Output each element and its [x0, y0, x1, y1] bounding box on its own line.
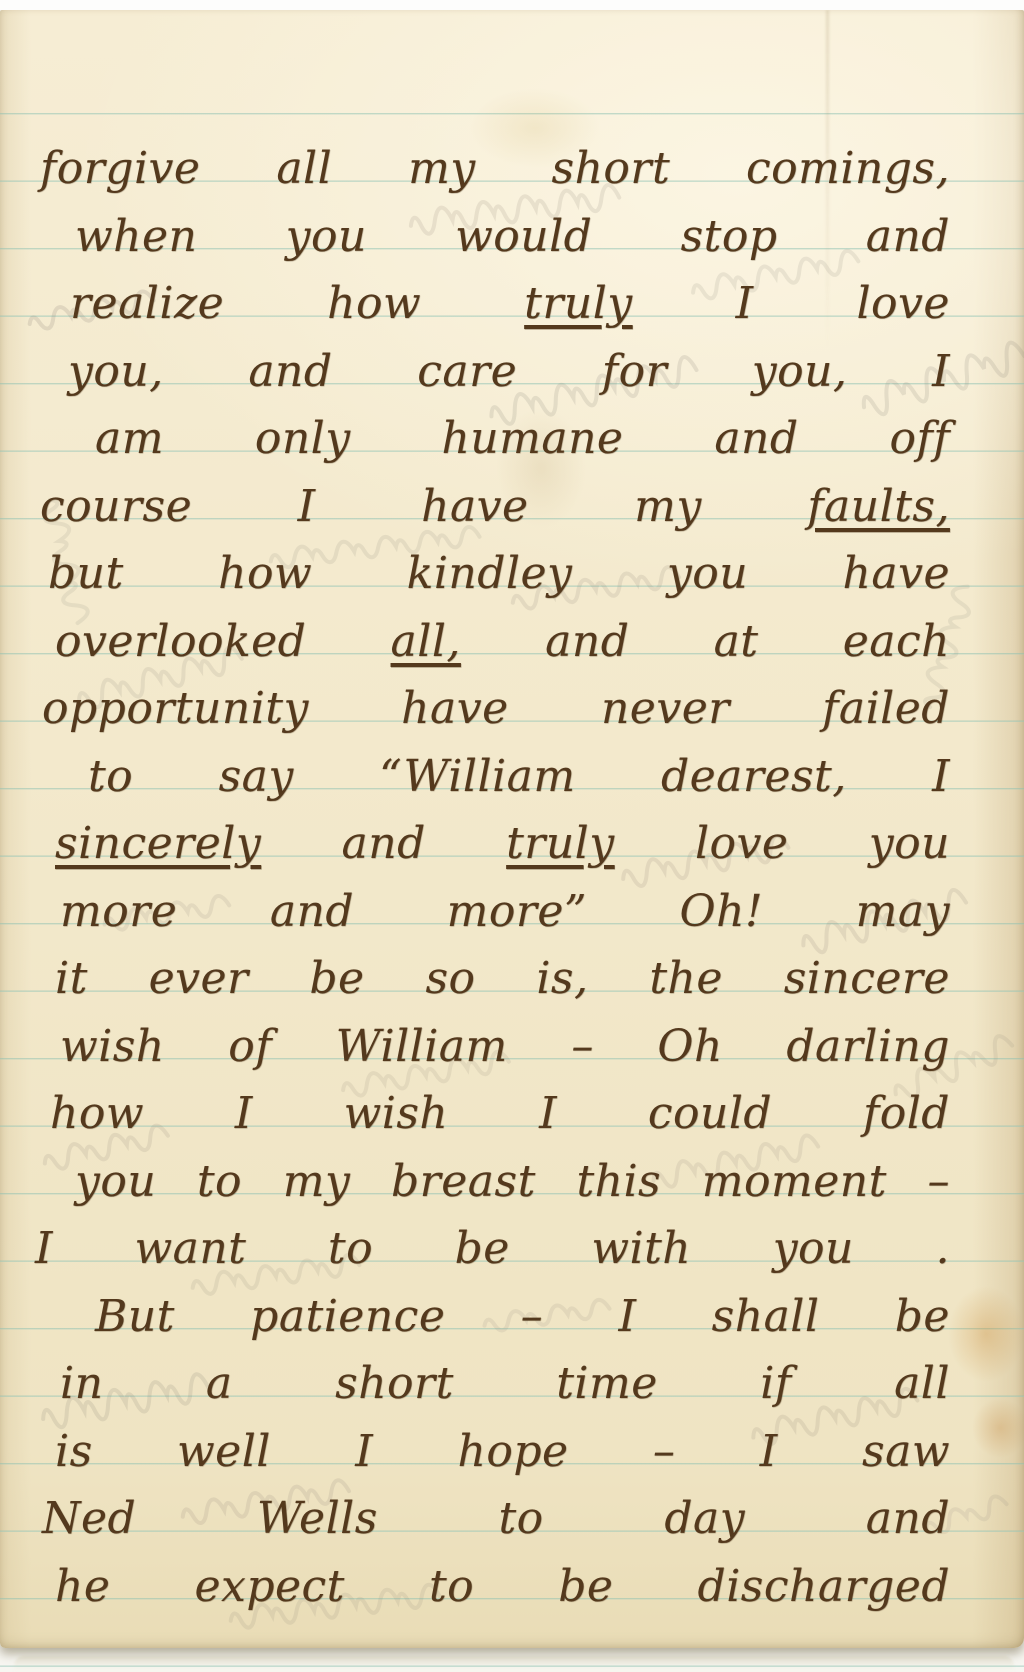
letter-line: forgive all my short comings,: [40, 138, 950, 200]
word: it: [55, 953, 88, 1004]
letter-line: more and more” Oh! may: [60, 881, 950, 943]
word: wish: [60, 1021, 165, 1072]
word: have: [401, 683, 508, 734]
word: truly: [506, 818, 614, 869]
word: for: [602, 346, 667, 397]
word: to: [429, 1561, 474, 1612]
word: Oh: [657, 1021, 722, 1072]
scan-border: [0, 0, 1024, 10]
word: breast: [391, 1156, 536, 1207]
letter-line: Ned Wells to day and: [42, 1488, 950, 1550]
word: to: [197, 1156, 242, 1207]
word: short: [335, 1358, 454, 1409]
word: care: [417, 346, 517, 397]
word: how: [327, 278, 421, 329]
word: “William: [379, 751, 575, 802]
word: am: [95, 413, 164, 464]
word: and: [866, 211, 950, 262]
word: course: [40, 481, 192, 532]
letter-line: you, and care for you, I: [68, 341, 950, 403]
word: be: [309, 953, 364, 1004]
letter-line: when you would stop and: [75, 206, 950, 268]
word: I: [932, 751, 950, 802]
word: and: [342, 818, 426, 869]
word: dearest,: [661, 751, 847, 802]
word: ever: [149, 953, 249, 1004]
word: –: [927, 1156, 950, 1207]
word: overlooked: [55, 616, 306, 667]
word: could: [648, 1088, 772, 1139]
letter-line: to say “William dearest, I: [88, 746, 950, 808]
word: I: [539, 1088, 557, 1139]
word: be: [455, 1223, 510, 1274]
word: But: [95, 1291, 175, 1342]
word: hope: [457, 1426, 568, 1477]
word: shall: [712, 1291, 820, 1342]
word: saw: [862, 1426, 950, 1477]
word: I: [355, 1426, 373, 1477]
word: love: [856, 278, 949, 329]
word: I: [35, 1223, 53, 1274]
word: William: [336, 1021, 508, 1072]
letter-line: in a short time if all: [60, 1353, 950, 1415]
word: I: [760, 1426, 778, 1477]
word: when: [75, 211, 197, 262]
word: time: [556, 1358, 658, 1409]
word: kindley: [407, 548, 573, 599]
word: my: [408, 143, 476, 194]
word: a: [206, 1358, 233, 1409]
word: to: [328, 1223, 373, 1274]
word: you: [773, 1223, 854, 1274]
word: I: [618, 1291, 636, 1342]
word: you: [286, 211, 367, 262]
word: the: [649, 953, 723, 1004]
word: at: [714, 616, 759, 667]
word: I: [932, 346, 950, 397]
word: I: [235, 1088, 253, 1139]
word: if: [760, 1358, 791, 1409]
word: with: [591, 1223, 691, 1274]
word: of: [228, 1021, 272, 1072]
word: never: [601, 683, 730, 734]
word: each: [843, 616, 950, 667]
word: short: [552, 143, 671, 194]
word: –: [653, 1426, 676, 1477]
word: sincere: [784, 953, 950, 1004]
word: opportunity: [42, 683, 309, 734]
word: to: [88, 751, 133, 802]
word: and: [714, 413, 798, 464]
word: moment: [702, 1156, 887, 1207]
word: more”: [447, 886, 587, 937]
word: failed: [822, 683, 950, 734]
word: .: [935, 1223, 950, 1274]
letter-line: course I have my faults,: [40, 476, 950, 538]
word: Ned: [42, 1493, 136, 1544]
word: humane: [441, 413, 623, 464]
word: all,: [391, 616, 461, 667]
letter-line: realize how truly I love: [70, 273, 950, 335]
word: my: [634, 481, 702, 532]
word: truly: [524, 278, 632, 329]
word: realize: [70, 278, 224, 329]
word: well: [177, 1426, 271, 1477]
word: fold: [863, 1088, 950, 1139]
word: love: [695, 818, 788, 869]
word: would: [455, 211, 592, 262]
letter-line: you to my breast this moment –: [75, 1151, 950, 1213]
word: stop: [681, 211, 778, 262]
word: is,: [536, 953, 588, 1004]
word: but: [48, 548, 124, 599]
letter-line: is well I hope – I saw: [55, 1421, 950, 1483]
word: forgive: [40, 143, 200, 194]
word: my: [283, 1156, 351, 1207]
word: Oh!: [680, 886, 764, 937]
letter-body: forgive all my short comings,when you wo…: [0, 0, 1024, 1672]
letter-line: am only humane and off: [95, 408, 950, 470]
word: I: [298, 481, 316, 532]
letter-line: But patience – I shall be: [95, 1286, 950, 1348]
word: be: [895, 1291, 950, 1342]
word: patience: [250, 1291, 445, 1342]
word: you: [869, 818, 950, 869]
word: I: [736, 278, 754, 329]
letter-line: opportunity have never failed: [42, 678, 950, 740]
word: may: [856, 886, 950, 937]
word: all: [894, 1358, 950, 1409]
word: say: [219, 751, 294, 802]
word: you: [75, 1156, 156, 1207]
word: off: [889, 413, 950, 464]
word: wish: [344, 1088, 449, 1139]
word: you,: [68, 346, 164, 397]
word: he: [55, 1561, 110, 1612]
word: in: [60, 1358, 103, 1409]
word: Wells: [257, 1493, 378, 1544]
word: be: [558, 1561, 613, 1612]
word: –: [571, 1021, 594, 1072]
word: more: [60, 886, 177, 937]
word: discharged: [698, 1561, 950, 1612]
word: have: [843, 548, 950, 599]
word: you,: [752, 346, 848, 397]
letter-line: but how kindley you have: [48, 543, 950, 605]
letter-line: sincerely and truly love you: [55, 813, 950, 875]
word: and: [866, 1493, 950, 1544]
word: comings,: [746, 143, 950, 194]
letter-line: how I wish I could fold: [50, 1083, 950, 1145]
letter-line: wish of William – Oh darling: [60, 1016, 950, 1078]
word: darling: [786, 1021, 950, 1072]
letter-line: it ever be so is, the sincere: [55, 948, 950, 1010]
word: want: [134, 1223, 246, 1274]
word: and: [270, 886, 354, 937]
letter-scan-page: forgive all my short comings,when you wo…: [0, 0, 1024, 1672]
word: how: [218, 548, 312, 599]
word: to: [498, 1493, 543, 1544]
word: how: [50, 1088, 144, 1139]
word: –: [521, 1291, 544, 1342]
word: and: [545, 616, 629, 667]
word: only: [255, 413, 351, 464]
letter-line: he expect to be discharged: [55, 1556, 950, 1618]
word: this: [576, 1156, 661, 1207]
word: all: [276, 143, 332, 194]
word: you: [667, 548, 748, 599]
word: is: [55, 1426, 93, 1477]
word: so: [425, 953, 475, 1004]
word: have: [421, 481, 528, 532]
word: faults,: [807, 481, 950, 532]
word: sincerely: [55, 818, 261, 869]
letter-line: I want to be with you .: [35, 1218, 950, 1280]
word: expect: [194, 1561, 344, 1612]
word: and: [248, 346, 332, 397]
letter-line: overlooked all, and at each: [55, 611, 950, 673]
word: day: [664, 1493, 745, 1544]
